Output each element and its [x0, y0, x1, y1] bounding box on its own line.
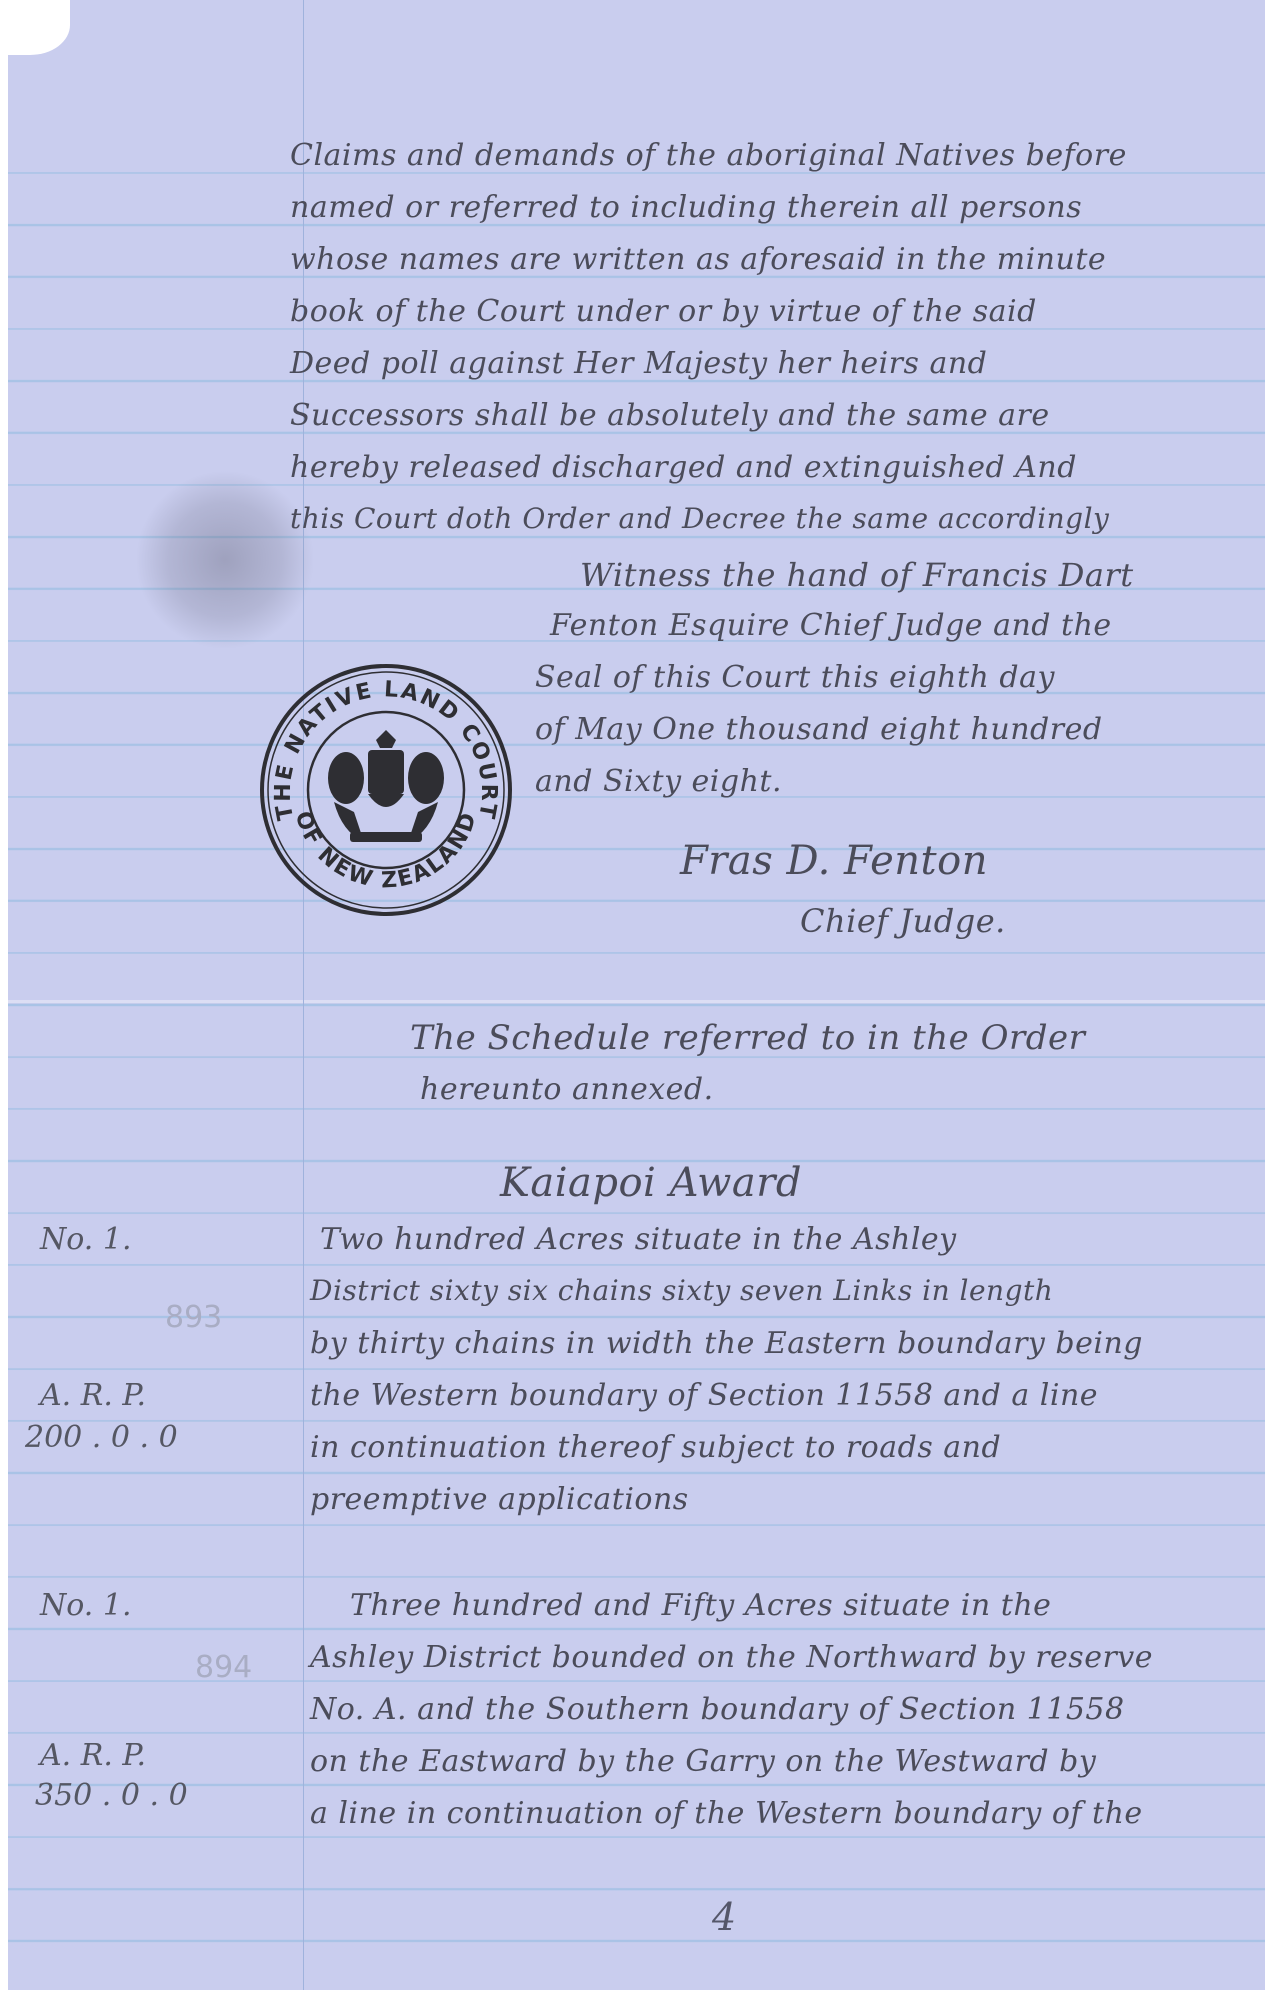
- witness-line: Seal of this Court this eighth day: [535, 660, 1055, 695]
- svg-text:OF NEW ZEALAND: OF NEW ZEALAND: [290, 808, 483, 893]
- entry-line: in continuation thereof subject to roads…: [310, 1430, 1001, 1465]
- pencil-reference: 894: [195, 1650, 252, 1685]
- body-line: this Court doth Order and Decree the sam…: [290, 502, 1109, 535]
- faded-stamp: [135, 470, 315, 650]
- entry-line: a line in continuation of the Western bo…: [310, 1796, 1143, 1831]
- area-header: A. R. P.: [40, 1378, 146, 1413]
- signature-title: Chief Judge.: [800, 902, 1006, 940]
- coat-of-arms-icon: [328, 730, 444, 842]
- native-land-court-seal: THE NATIVE LAND COURT OF NEW ZEALAND: [258, 662, 514, 918]
- area-values: 350 . 0 . 0: [35, 1778, 188, 1813]
- entry-line: on the Eastward by the Garry on the West…: [310, 1744, 1096, 1779]
- schedule-intro: hereunto annexed.: [420, 1072, 714, 1107]
- area-header: A. R. P.: [40, 1738, 146, 1773]
- pencil-reference: 893: [165, 1300, 222, 1335]
- body-line: book of the Court under or by virtue of …: [290, 294, 1037, 329]
- entry-line: by thirty chains in width the Eastern bo…: [310, 1326, 1143, 1361]
- schedule-intro: The Schedule referred to in the Order: [410, 1018, 1085, 1058]
- award-heading: Kaiapoi Award: [500, 1160, 802, 1206]
- witness-line: and Sixty eight.: [535, 764, 782, 799]
- entry-line: District sixty six chains sixty seven Li…: [310, 1274, 1053, 1307]
- body-line: Successors shall be absolutely and the s…: [290, 398, 1050, 433]
- page-number: 4: [712, 1895, 736, 1939]
- entry-line: the Western boundary of Section 11558 an…: [310, 1378, 1098, 1413]
- entry-line: Two hundred Acres situate in the Ashley: [320, 1222, 957, 1257]
- entry-line: Three hundred and Fifty Acres situate in…: [350, 1588, 1051, 1623]
- entry-line: No. A. and the Southern boundary of Sect…: [310, 1692, 1125, 1727]
- signature-name: Fras D. Fenton: [680, 838, 988, 884]
- witness-line: of May One thousand eight hundred: [535, 712, 1103, 747]
- witness-line: Witness the hand of Francis Dart: [580, 556, 1134, 594]
- witness-line: Fenton Esquire Chief Judge and the: [550, 608, 1112, 643]
- entry-line: Ashley District bounded on the Northward…: [310, 1640, 1153, 1675]
- body-line: Deed poll against Her Majesty her heirs …: [290, 346, 987, 381]
- entry-line: preemptive applications: [310, 1482, 689, 1517]
- body-line: hereby released discharged and extinguis…: [290, 450, 1077, 485]
- entry-number: No. 1.: [40, 1222, 131, 1257]
- body-line: named or referred to including therein a…: [290, 190, 1082, 225]
- entry-number: No. 1.: [40, 1588, 131, 1623]
- body-line: whose names are written as aforesaid in …: [290, 242, 1106, 277]
- fold-crease: [8, 1000, 1265, 1003]
- body-line: Claims and demands of the aboriginal Nat…: [290, 138, 1127, 173]
- area-values: 200 . 0 . 0: [25, 1420, 178, 1455]
